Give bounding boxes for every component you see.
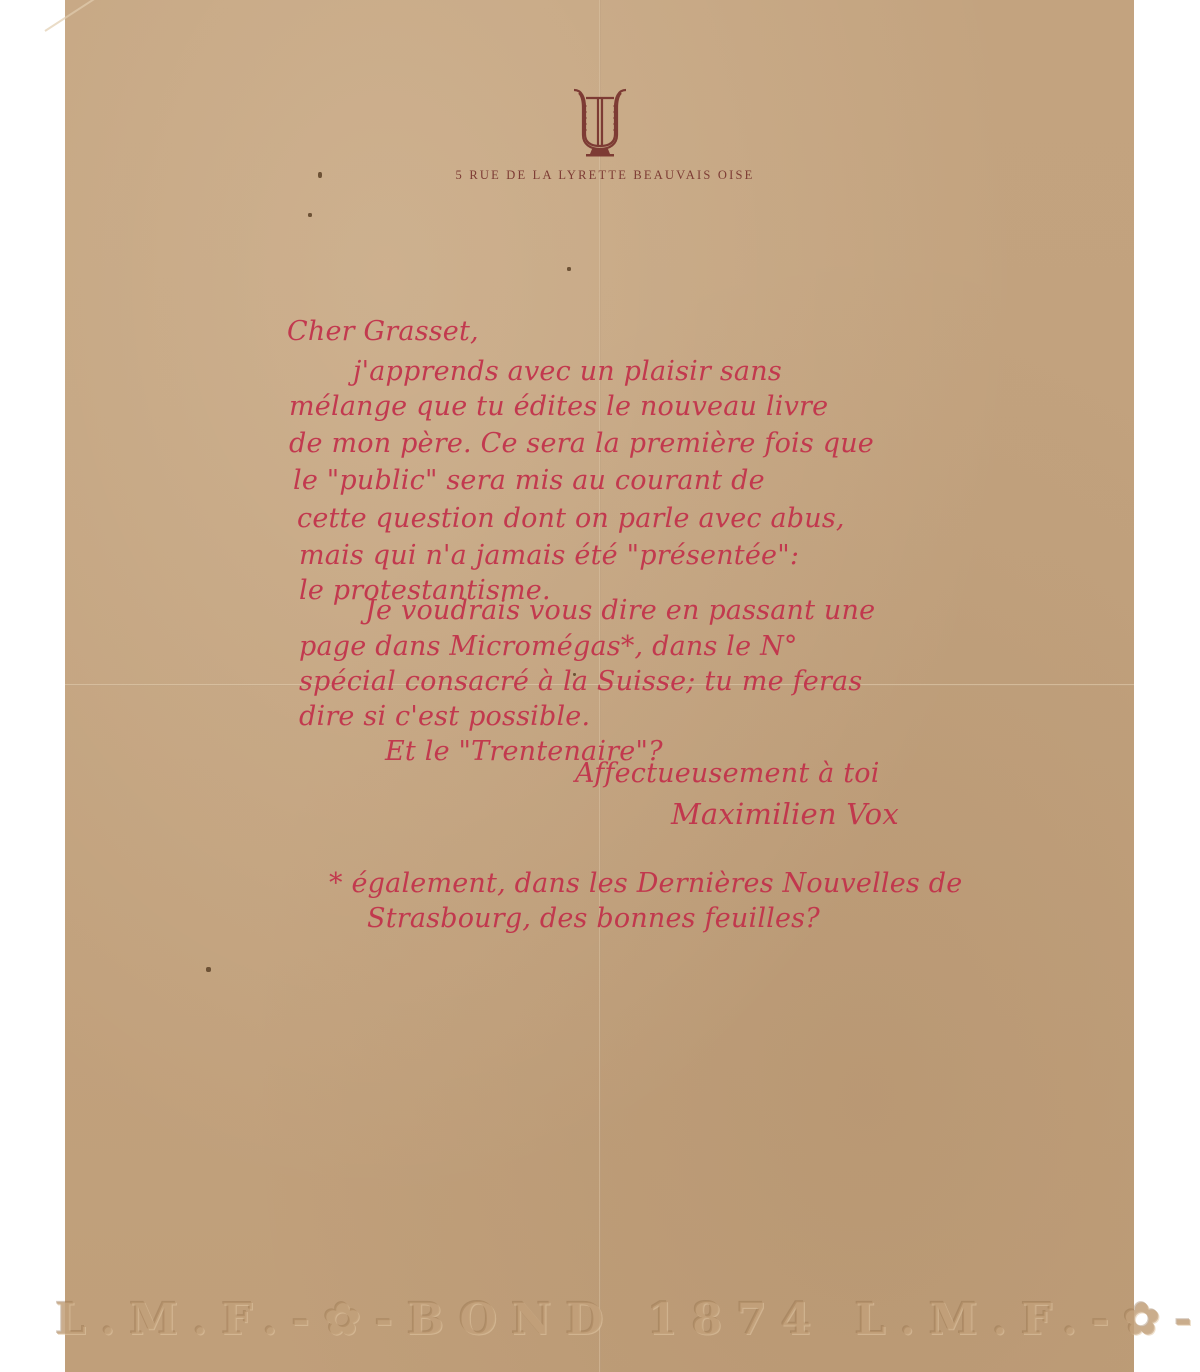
postscript-line: Strasbourg, des bonnes feuilles? bbox=[367, 905, 820, 932]
letter-line: page dans Micromégas*, dans le N° bbox=[299, 633, 798, 660]
lyre-icon bbox=[570, 86, 630, 158]
paper-speck bbox=[206, 967, 211, 972]
letter-line: dire si c'est possible. bbox=[299, 703, 590, 730]
paper-speck bbox=[318, 172, 322, 178]
letter-line: j'apprends avec un plaisir sans bbox=[353, 358, 782, 385]
paper-watermark: L.M.F.-✿-BOND 1874 L.M.F.-✿-BO bbox=[55, 1294, 1155, 1345]
postscript-line: * également, dans les Dernières Nouvelle… bbox=[329, 870, 962, 897]
paper-speck bbox=[567, 267, 571, 271]
paper-speck bbox=[308, 213, 312, 217]
corner-fold-crease bbox=[44, 0, 204, 32]
letter-line: mais qui n'a jamais été "présentée": bbox=[299, 542, 799, 569]
letter-line: le "public" sera mis au courant de bbox=[293, 467, 765, 494]
letterhead-address: 5 RUE DE LA LYRETTE BEAUVAIS OISE bbox=[395, 168, 815, 183]
signature: Maximilien Vox bbox=[671, 800, 899, 829]
letter-line: cette question dont on parle avec abus, bbox=[297, 505, 845, 532]
letter-line: Je voudrais vous dire en passant une bbox=[365, 597, 875, 624]
closing: Affectueusement à toi bbox=[575, 760, 880, 787]
letter-line: de mon père. Ce sera la première fois qu… bbox=[289, 430, 874, 457]
letter-line: mélange que tu édites le nouveau livre bbox=[289, 393, 828, 420]
letter-paper: 5 RUE DE LA LYRETTE BEAUVAIS OISE Cher G… bbox=[65, 0, 1134, 1372]
salutation: Cher Grasset, bbox=[287, 318, 479, 345]
letter-line: spécial consacré à la Suisse; tu me fera… bbox=[299, 668, 862, 695]
